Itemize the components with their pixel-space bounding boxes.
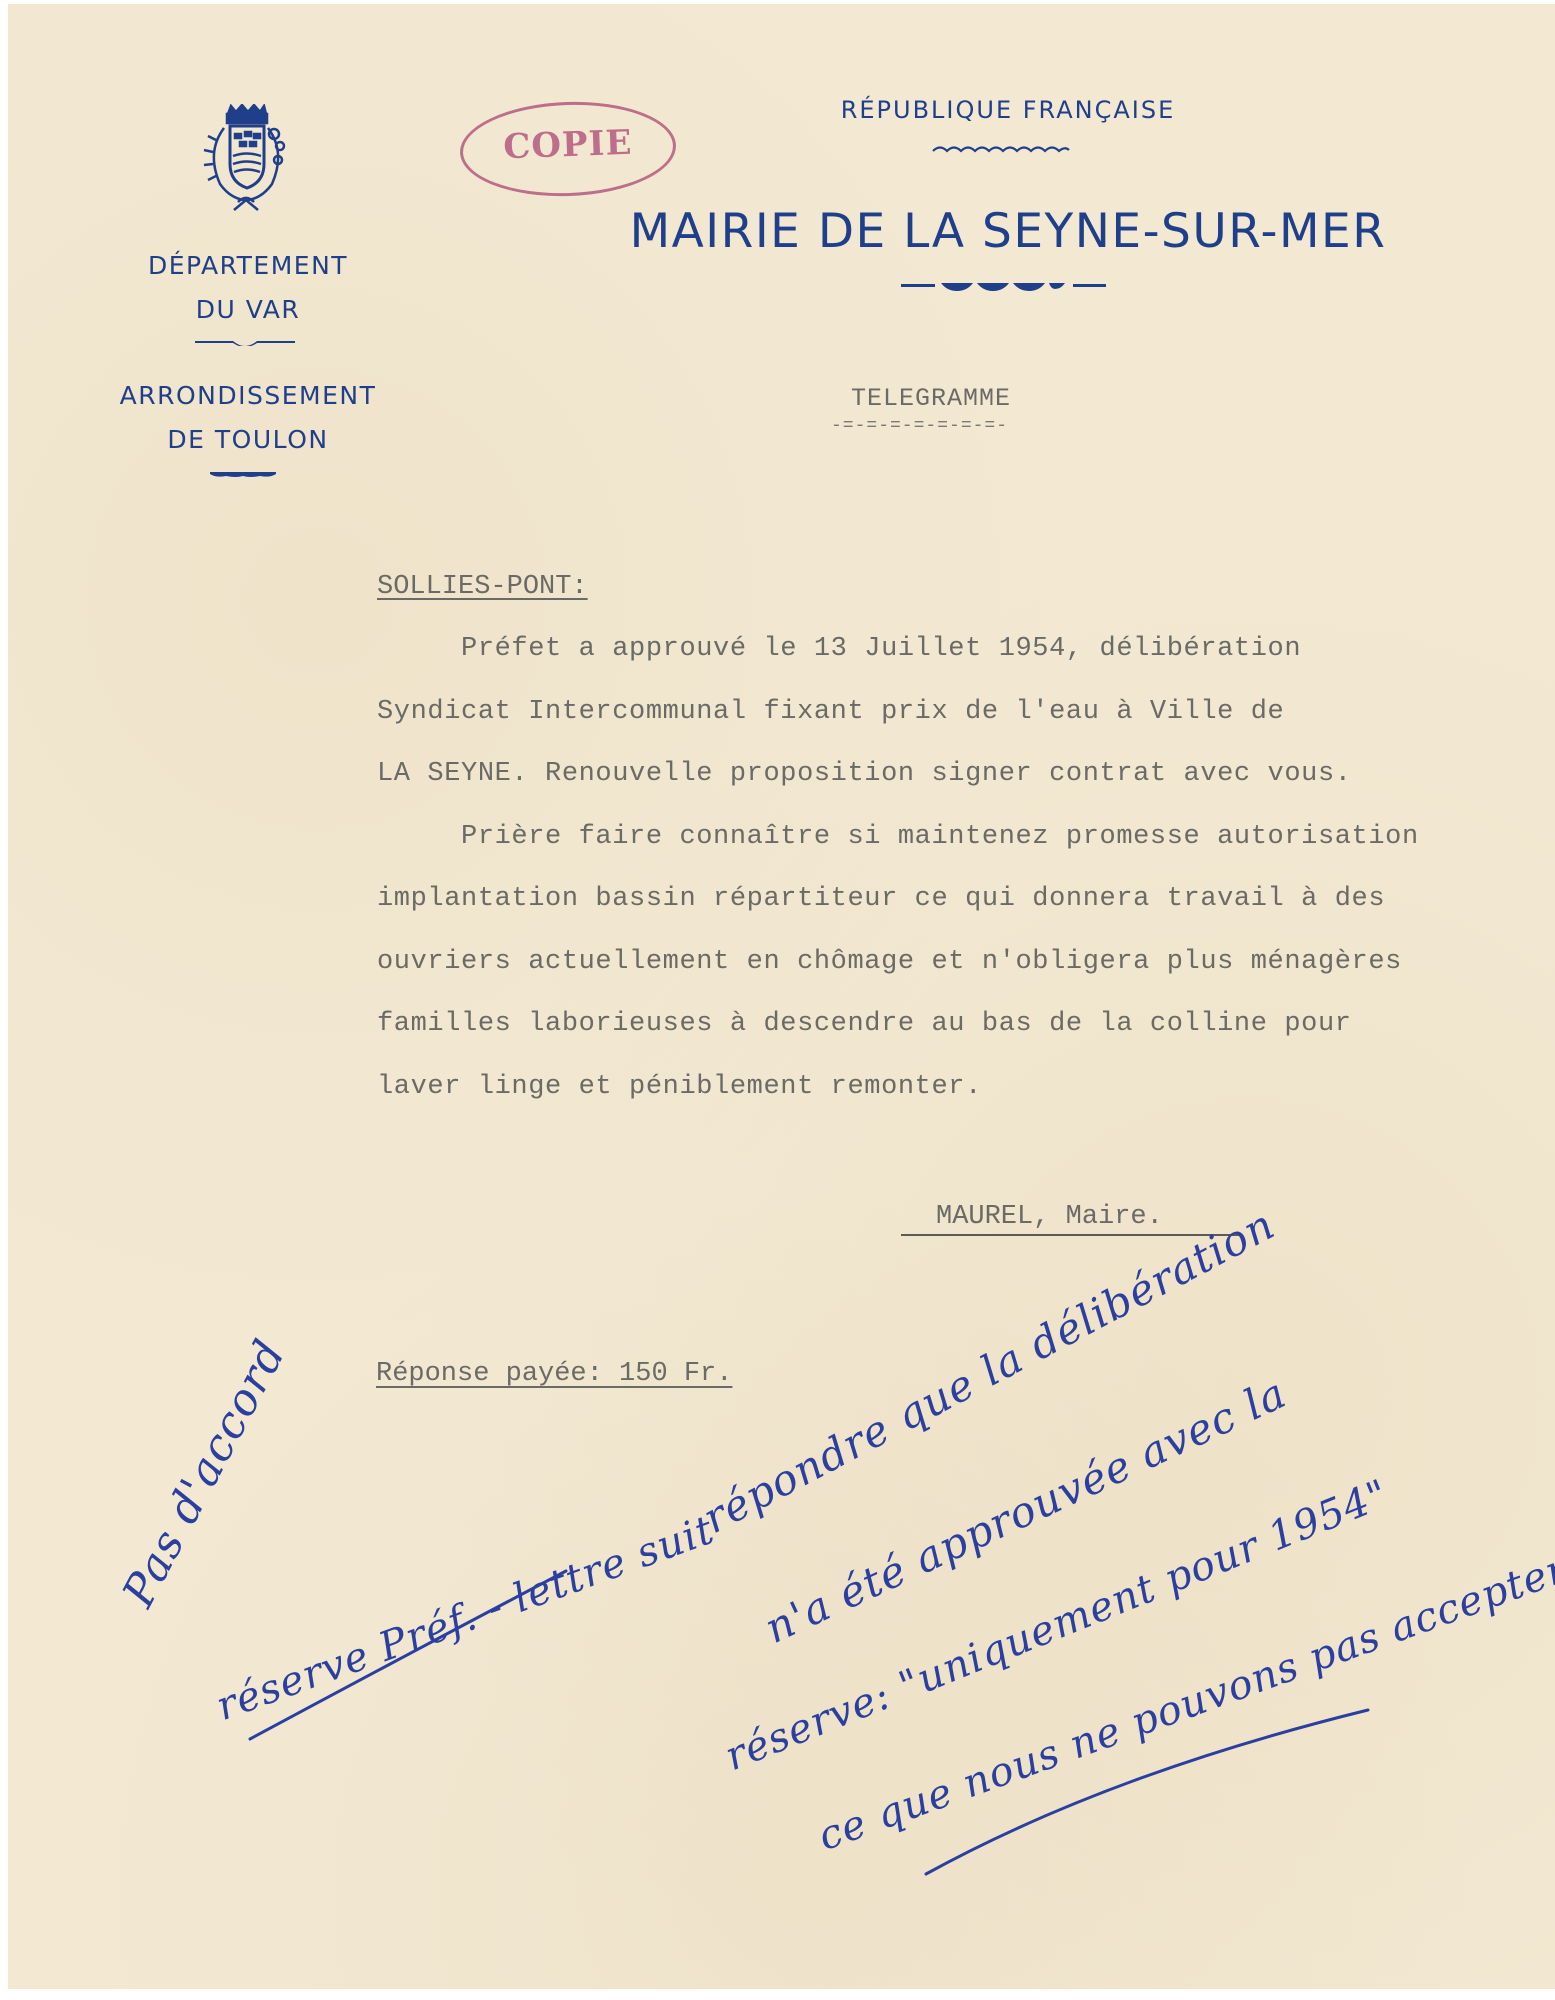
handwritten-note-left-line-1: Pas d'accord xyxy=(113,1332,296,1615)
stamp-text: COPIE xyxy=(462,121,673,168)
body-line: Syndicat Intercommunal fixant prix de l'… xyxy=(377,697,1284,727)
handwritten-note-right-line-2: n'a été approuvée avec la xyxy=(757,1368,1293,1653)
department-line-2: DU VAR xyxy=(98,288,398,332)
wave-ornament-icon xyxy=(931,142,1071,156)
mairie-title: MAIRIE DE LA SEYNE-SUR-MER xyxy=(578,204,1438,259)
ornament-divider-icon xyxy=(195,338,295,346)
telegram-title-rule: -=-=-=-=-=-=-=- xyxy=(831,416,1008,436)
body-line: LA SEYNE. Renouvelle proposition signer … xyxy=(377,759,1352,789)
body-line: laver linge et péniblement remonter. xyxy=(377,1072,982,1102)
arrondissement-line-2: DE TOULON xyxy=(98,418,398,462)
arrondissement-block: ARRONDISSEMENT DE TOULON xyxy=(98,374,398,462)
body-line: Prière faire connaître si maintenez prom… xyxy=(377,822,1419,852)
republic-heading: RÉPUBLIQUE FRANÇAISE xyxy=(778,96,1238,124)
body-line: Préfet a approuvé le 13 Juillet 1954, dé… xyxy=(377,634,1301,664)
arrondissement-line-1: ARRONDISSEMENT xyxy=(98,374,398,418)
body-line: familles laborieuses à descendre au bas … xyxy=(377,1009,1352,1039)
body-line: ouvriers actuellement en chômage et n'ob… xyxy=(377,947,1402,977)
telegram-title: TELEGRAMME xyxy=(851,384,1011,413)
signature: MAUREL, Maire. xyxy=(936,1202,1163,1232)
ornament-divider-icon xyxy=(210,470,276,478)
handwritten-note-left-line-2: réserve Préf. - lettre suit xyxy=(210,1507,720,1730)
addressee: SOLLIES-PONT: xyxy=(377,572,588,602)
department-line-1: DÉPARTEMENT xyxy=(98,244,398,288)
department-block: DÉPARTEMENT DU VAR xyxy=(98,244,398,332)
handwritten-note-right-line-1: répondre que la délibération xyxy=(695,1200,1283,1543)
reply-paid-note: Réponse payée: 150 Fr. xyxy=(376,1359,732,1389)
ornament-divider-icon xyxy=(901,279,1106,293)
body-line: implantation bassin répartiteur ce qui d… xyxy=(377,884,1385,914)
copy-stamp: COPIE xyxy=(458,98,677,199)
document-page: DÉPARTEMENT DU VAR ARRONDISSEMENT DE TOU… xyxy=(8,4,1555,1989)
coat-of-arms-icon xyxy=(198,104,293,214)
